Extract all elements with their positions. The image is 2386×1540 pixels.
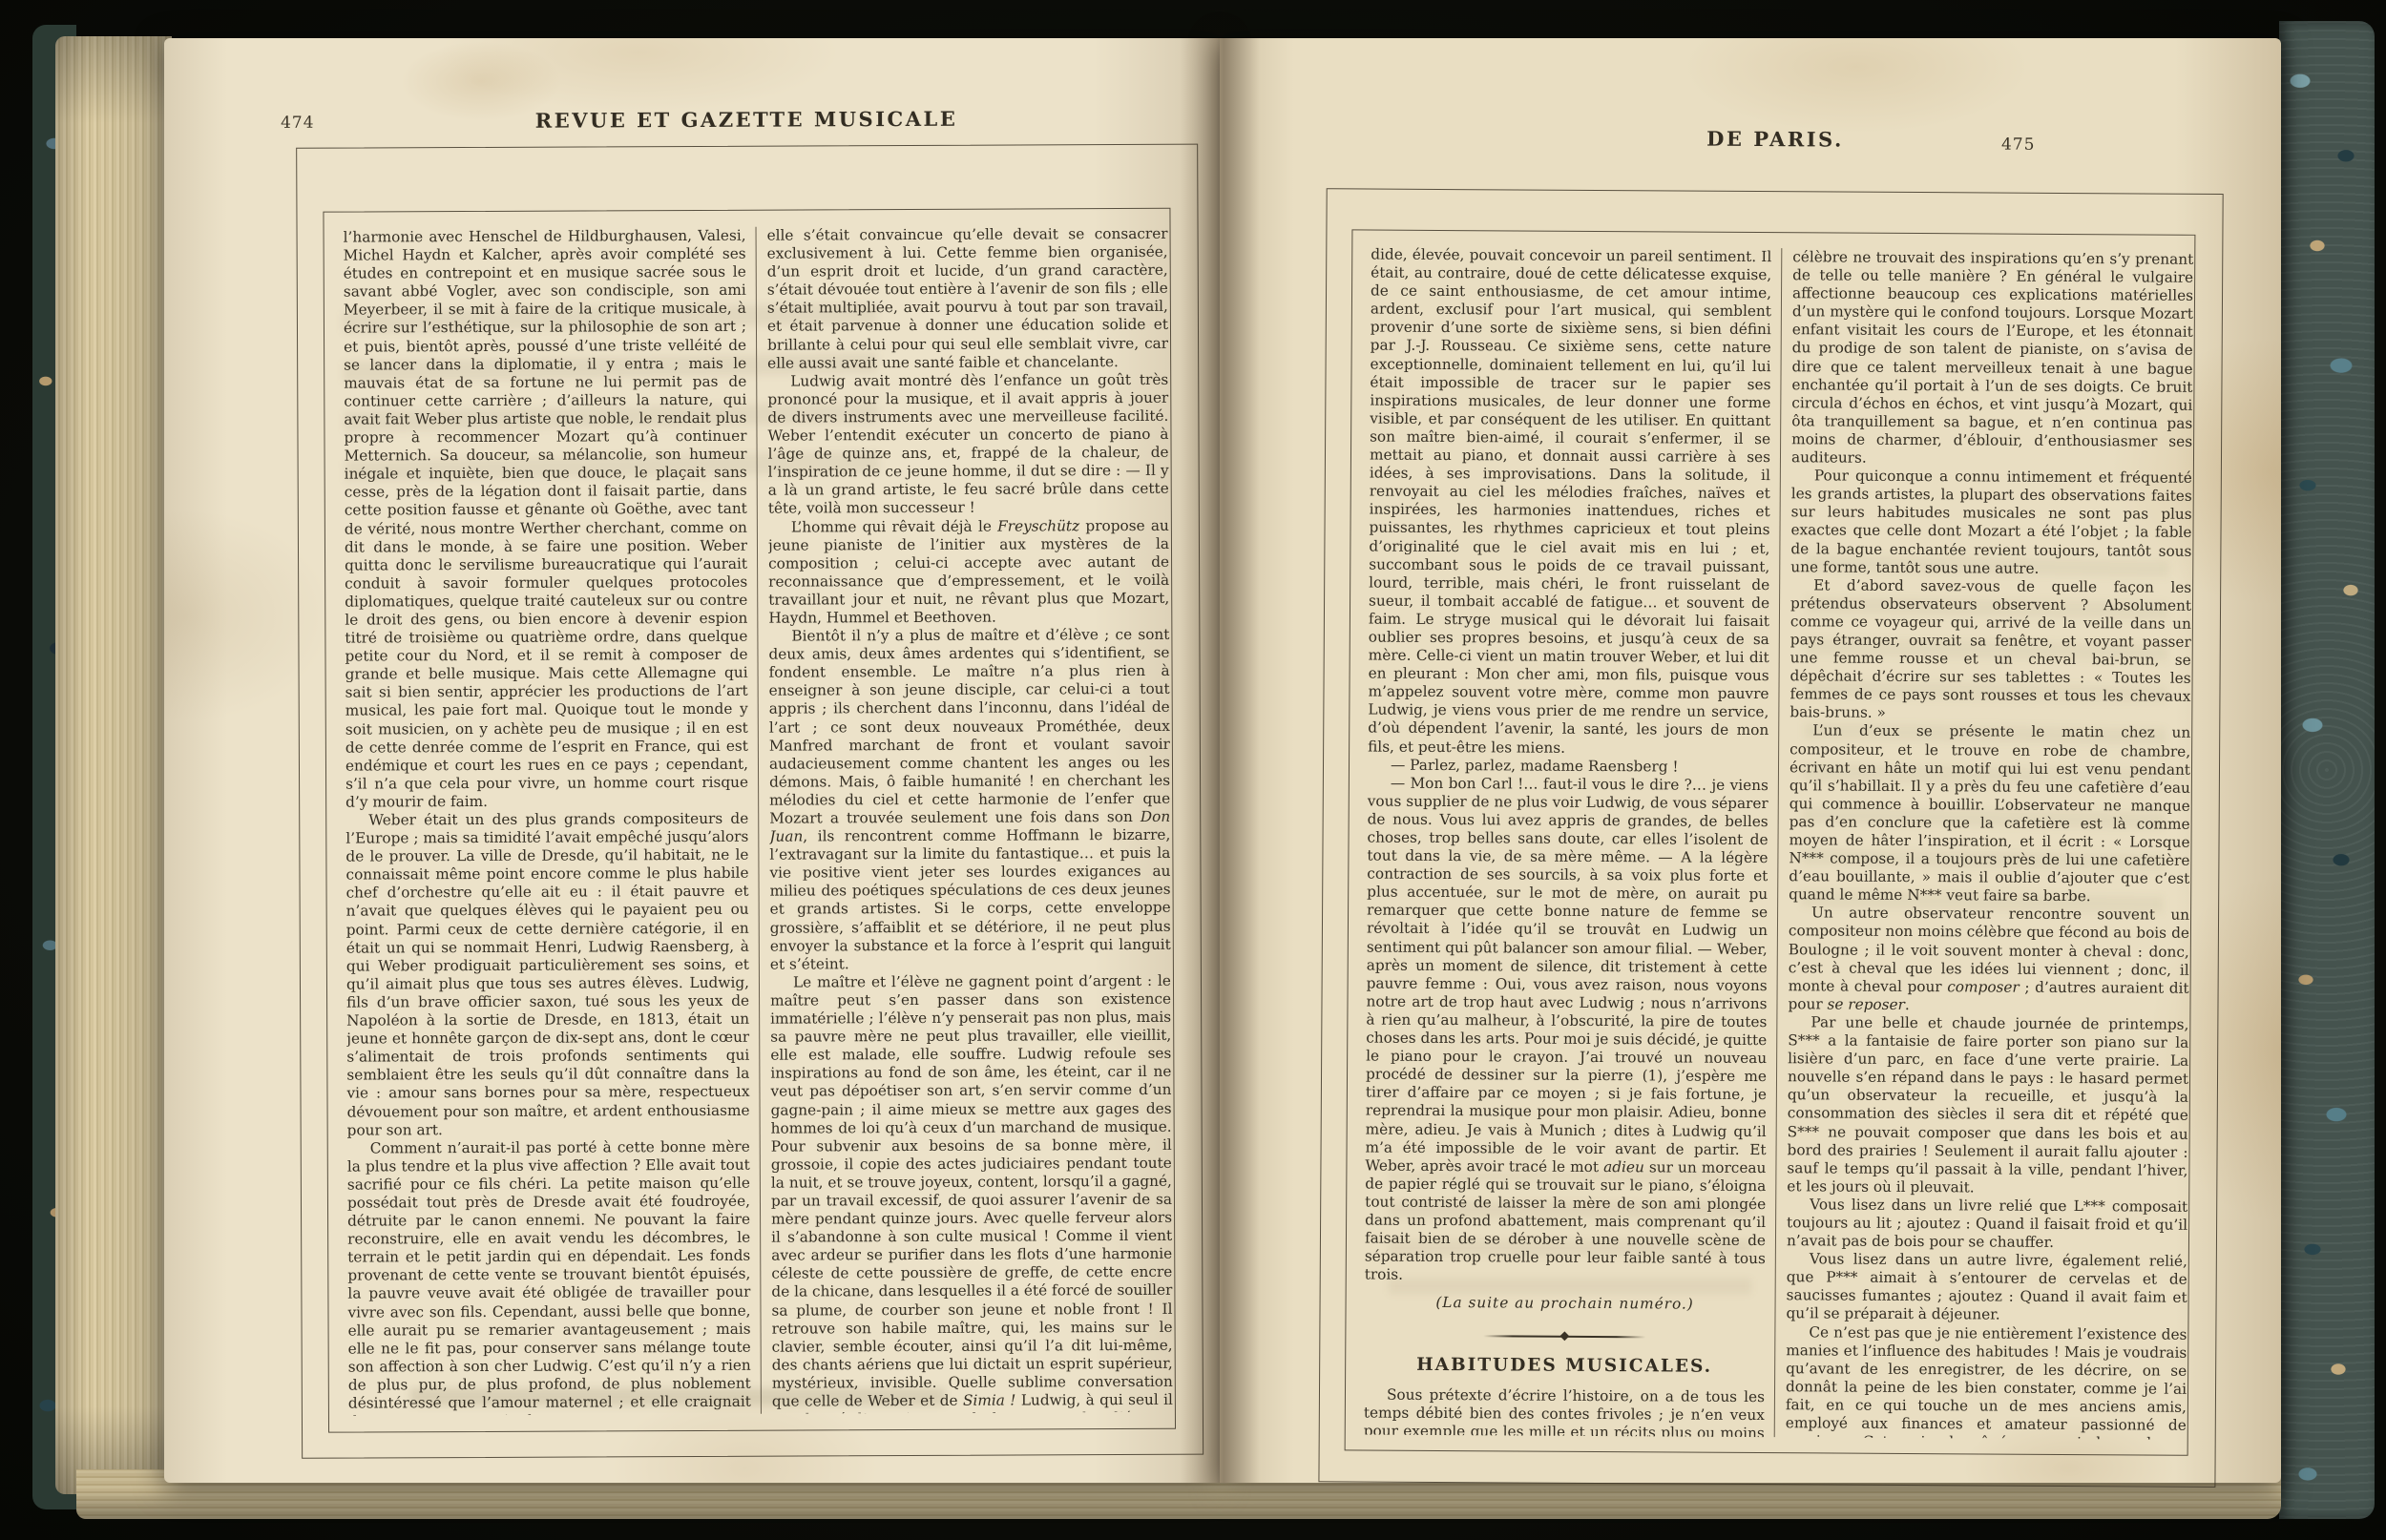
- paragraph: L’un d’eux se présente le matin chez un …: [1789, 722, 2190, 906]
- paragraph: Et d’abord savez-vous de quelle façon le…: [1789, 576, 2191, 724]
- paragraph: — Mon bon Carl !… faut-il vous le dire ?…: [1365, 774, 1769, 1286]
- page-edges-left: [55, 36, 172, 1494]
- book-scan: 474 REVUE ET GAZETTE MUSICALE l’harmonie…: [0, 0, 2386, 1540]
- right-page-content: DE PARIS. 475 dide, élevée, pouvait conc…: [1215, 40, 2292, 1497]
- paragraph: Ludwig avait montré dès l’enfance un goû…: [767, 371, 1169, 519]
- paragraph: Bientôt il n’y a plus de maître et d’élè…: [768, 626, 1171, 974]
- paragraph: célèbre ne trouvait des inspirations qu’…: [1791, 248, 2193, 469]
- paragraph: — Parlez, parlez, madame Raensberg !: [1368, 756, 1769, 777]
- paragraph: Le maître et l’élève ne gagnent point d’…: [770, 972, 1173, 1414]
- paragraph: l’harmonie avec Henschel de Hildburghaus…: [344, 227, 749, 812]
- page-number-right: 475: [2001, 135, 2036, 155]
- paragraph: Sous prétexte d’écrire l’histoire, on a …: [1364, 1385, 1765, 1437]
- marbled-cover-right: [2279, 21, 2375, 1519]
- paragraph: Comment n’aurait-il pas porté à cette bo…: [347, 1137, 751, 1415]
- left-page-content: 474 REVUE ET GAZETTE MUSICALE l’harmonie…: [164, 41, 1221, 1496]
- column: l’harmonie avec Henschel de Hildburghaus…: [344, 227, 751, 1416]
- section-heading: HABITUDES MUSICALES.: [1364, 1356, 1765, 1377]
- column: dide, élevée, pouvait concevoir un parei…: [1364, 246, 1772, 1438]
- paragraph: L’homme qui rêvait déjà le Freyschütz pr…: [768, 516, 1169, 627]
- paragraph: Vous lisez dans un livre relié que L*** …: [1787, 1196, 2187, 1253]
- column: elle s’était convaincue qu’elle devait s…: [767, 225, 1173, 1414]
- paragraph: dide, élevée, pouvait concevoir un parei…: [1368, 246, 1771, 759]
- paragraph: Par une belle et chaude journée de print…: [1787, 1013, 2188, 1197]
- paragraph: elle s’était convaincue qu’elle devait s…: [767, 225, 1169, 373]
- running-head-right: DE PARIS.: [1327, 124, 2224, 154]
- running-head-left: REVUE ET GAZETTE MUSICALE: [298, 106, 1195, 134]
- ornament-divider: [1483, 1332, 1645, 1333]
- paragraph: Weber était un des plus grands composite…: [345, 810, 749, 1140]
- paragraph: Vous lisez dans un autre livre, égalemen…: [1786, 1250, 2187, 1325]
- paragraph: Pour quiconque a connu intimement et fré…: [1790, 467, 2192, 578]
- continuation-notice: (La suite au prochain numéro.): [1365, 1294, 1766, 1315]
- column: célèbre ne trouvait des inspirations qu’…: [1786, 248, 2194, 1440]
- paragraph: Ce n’est pas que je nie entièrement l’ex…: [1786, 1323, 2187, 1440]
- paragraph: Un autre observateur rencontre souvent u…: [1788, 905, 2189, 1016]
